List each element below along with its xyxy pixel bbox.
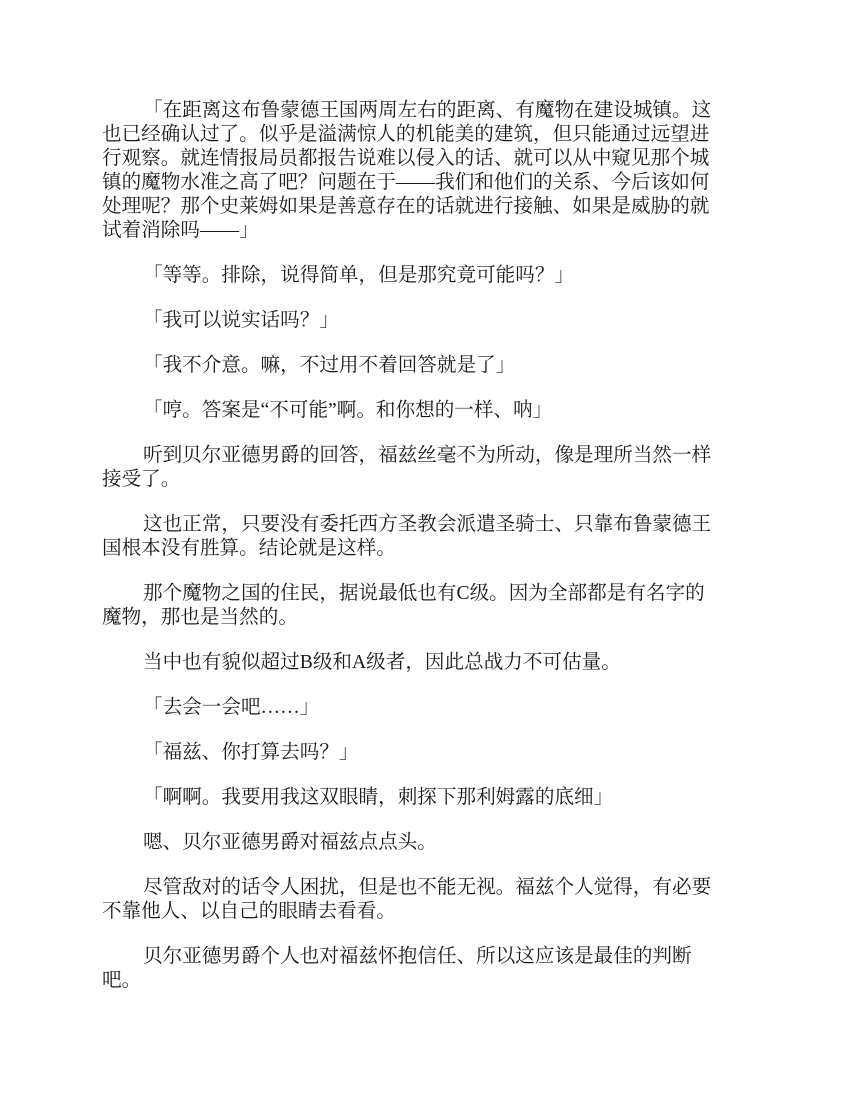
paragraph-dialogue: 「等等。排除，说得简单，但是那究竟可能吗？」 [102, 264, 752, 288]
paragraph-dialogue: 「在距离这布鲁蒙德王国两周左右的距离、有魔物在建设城镇。这 也已经确认过了。似乎… [102, 99, 752, 243]
text-line: 行观察。就连情报局员都报告说难以侵入的话、就可以从中窥见那个城 [102, 147, 752, 171]
paragraph-dialogue: 「去会一会吧……」 [102, 696, 752, 720]
text-line: 「哼。答案是“不可能”啊。和你想的一样、呐」 [102, 399, 752, 423]
text-line: 魔物，那也是当然的。 [102, 606, 752, 630]
text-line: 尽管敌对的话令人困扰，但是也不能无视。福兹个人觉得，有必要 [102, 876, 752, 900]
text-line: 「等等。排除，说得简单，但是那究竟可能吗？」 [102, 264, 752, 288]
paragraph-narration: 当中也有貌似超过B级和A级者，因此总战力不可估量。 [102, 651, 752, 675]
text-line: 嗯、贝尔亚德男爵对福兹点点头。 [102, 831, 752, 855]
text-line: 试着消除吗——」 [102, 219, 752, 243]
paragraph-dialogue: 「福兹、你打算去吗？」 [102, 741, 752, 765]
paragraph-narration: 听到贝尔亚德男爵的回答，福兹丝毫不为所动，像是理所当然一样 接受了。 [102, 444, 752, 492]
text-line: 国根本没有胜算。结论就是这样。 [102, 537, 752, 561]
text-line: 吧。 [102, 969, 752, 993]
paragraph-narration: 嗯、贝尔亚德男爵对福兹点点头。 [102, 831, 752, 855]
document-page: 「在距离这布鲁蒙德王国两周左右的距离、有魔物在建设城镇。这 也已经确认过了。似乎… [102, 99, 752, 1014]
text-line: 那个魔物之国的住民，据说最低也有C级。因为全部都是有名字的 [102, 582, 752, 606]
paragraph-dialogue: 「我可以说实话吗？」 [102, 309, 752, 333]
paragraph-narration: 尽管敌对的话令人困扰，但是也不能无视。福兹个人觉得，有必要 不靠他人、以自己的眼… [102, 876, 752, 924]
text-line: 不靠他人、以自己的眼睛去看看。 [102, 900, 752, 924]
text-line: 「啊啊。我要用我这双眼睛，刺探下那利姆露的底细」 [102, 786, 752, 810]
paragraph-narration: 贝尔亚德男爵个人也对福兹怀抱信任、所以这应该是最佳的判断 吧。 [102, 945, 752, 993]
text-line: 接受了。 [102, 468, 752, 492]
text-line: 「我可以说实话吗？」 [102, 309, 752, 333]
text-line: 镇的魔物水准之高了吧？问题在于——我们和他们的关系、今后该如何 [102, 171, 752, 195]
text-line: 「去会一会吧……」 [102, 696, 752, 720]
paragraph-narration: 那个魔物之国的住民，据说最低也有C级。因为全部都是有名字的 魔物，那也是当然的。 [102, 582, 752, 630]
paragraph-dialogue: 「我不介意。嘛，不过用不着回答就是了」 [102, 354, 752, 378]
text-line: 也已经确认过了。似乎是溢满惊人的机能美的建筑，但只能通过远望进 [102, 123, 752, 147]
paragraph-narration: 这也正常，只要没有委托西方圣教会派遣圣骑士、只靠布鲁蒙德王 国根本没有胜算。结论… [102, 513, 752, 561]
text-line: 「在距离这布鲁蒙德王国两周左右的距离、有魔物在建设城镇。这 [102, 99, 752, 123]
text-line: 贝尔亚德男爵个人也对福兹怀抱信任、所以这应该是最佳的判断 [102, 945, 752, 969]
paragraph-dialogue: 「啊啊。我要用我这双眼睛，刺探下那利姆露的底细」 [102, 786, 752, 810]
text-line: 「我不介意。嘛，不过用不着回答就是了」 [102, 354, 752, 378]
paragraph-dialogue: 「哼。答案是“不可能”啊。和你想的一样、呐」 [102, 399, 752, 423]
text-line: 处理呢？那个史莱姆如果是善意存在的话就进行接触、如果是威胁的就 [102, 195, 752, 219]
text-line: 「福兹、你打算去吗？」 [102, 741, 752, 765]
text-line: 这也正常，只要没有委托西方圣教会派遣圣骑士、只靠布鲁蒙德王 [102, 513, 752, 537]
text-line: 听到贝尔亚德男爵的回答，福兹丝毫不为所动，像是理所当然一样 [102, 444, 752, 468]
text-line: 当中也有貌似超过B级和A级者，因此总战力不可估量。 [102, 651, 752, 675]
